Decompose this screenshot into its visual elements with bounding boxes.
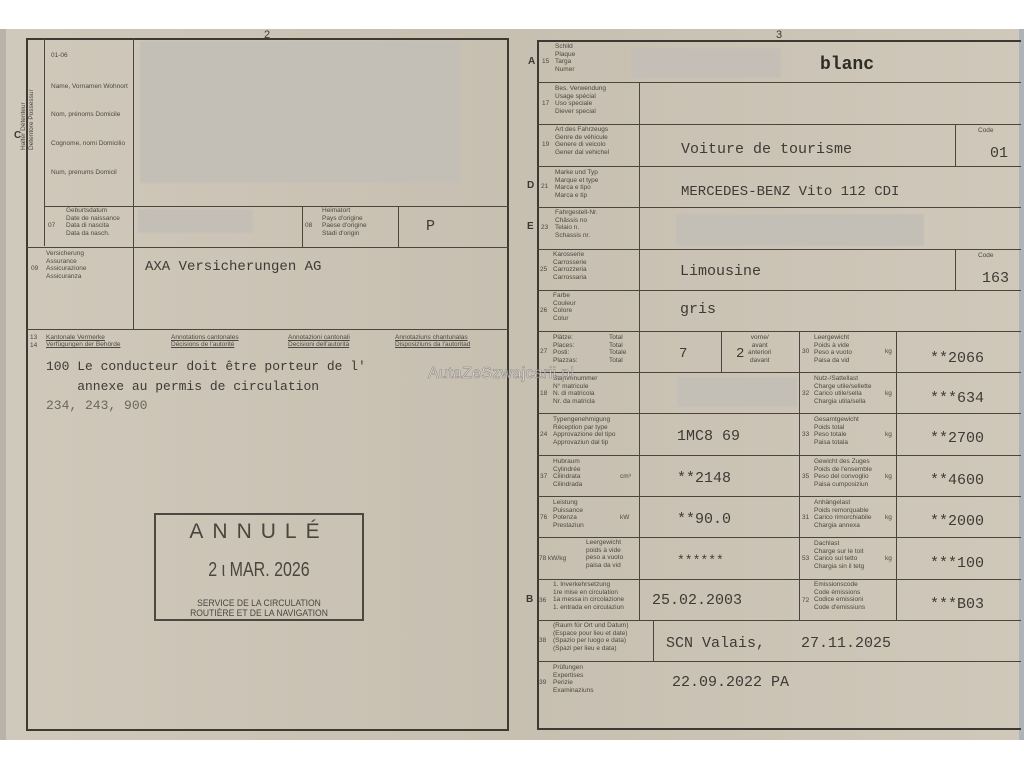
roof-load-label: Dachlast Charge sur le toit Carico sul t… bbox=[814, 540, 864, 570]
field-number: 76 bbox=[540, 514, 547, 521]
code-label: Code bbox=[978, 127, 994, 135]
inspections-value: 22.09.2022 PA bbox=[672, 674, 789, 691]
divider bbox=[537, 620, 1021, 621]
first-registration-value: 25.02.2003 bbox=[652, 592, 742, 609]
divider bbox=[955, 124, 956, 166]
divider bbox=[26, 329, 509, 330]
field-number: 27 bbox=[540, 348, 547, 355]
roof-load-value: ***100 bbox=[930, 555, 984, 572]
annotations-header-rm: Annotaziuns chantunalas Disposiziuns da … bbox=[395, 334, 470, 348]
type-approval-label: Typengenehmigung Réception par type Appr… bbox=[553, 416, 616, 446]
field-number: 23 bbox=[541, 224, 548, 231]
plate-label: Schild Plaque Targa Numer bbox=[555, 43, 575, 73]
divider bbox=[133, 38, 134, 330]
field-number: 25 bbox=[540, 266, 547, 273]
displacement-value: **2148 bbox=[677, 470, 731, 487]
train-weight-value: **4600 bbox=[930, 472, 984, 489]
holder-vertical-label: Detentore Possessur bbox=[28, 89, 36, 150]
towing-weight-label: Anhängelast Poids remorquable Carico rim… bbox=[814, 499, 871, 529]
color-label: Farbe Couleur Colore Colur bbox=[553, 292, 576, 322]
annotations-header-de: Kantonale Vermerke Verfügungen der Behör… bbox=[46, 334, 120, 348]
emission-code-value: ***B03 bbox=[930, 596, 984, 613]
field-number: 08 bbox=[305, 222, 312, 229]
redacted-holder-name bbox=[140, 41, 460, 183]
seats-front-value: 2 bbox=[736, 346, 744, 362]
cancellation-stamp: ANNULÉ 2 ι MAR. 2026 SERVICE DE LA CIRCU… bbox=[154, 513, 364, 621]
empty-weight-label: Leergewicht Poids à vide Peso a vuoto Pa… bbox=[814, 334, 852, 364]
power-value: **90.0 bbox=[677, 511, 731, 528]
insurance-label: Versicherung Assurance Assicurazione Ass… bbox=[46, 250, 86, 280]
field-number: 72 bbox=[802, 597, 809, 604]
code-label: Code bbox=[978, 252, 994, 260]
unit-label: kg bbox=[885, 514, 892, 521]
color-value: gris bbox=[680, 301, 716, 318]
redacted-plate-number bbox=[631, 48, 781, 78]
power-label: Leistung Puissance Potenza Prestaziun bbox=[553, 499, 584, 529]
field-number: 33 bbox=[802, 431, 809, 438]
power-weight-label: Leergewicht poids à vide peso a vuoto pa… bbox=[586, 539, 623, 569]
divider bbox=[537, 579, 1021, 580]
divider bbox=[26, 247, 509, 248]
field-number: 24 bbox=[540, 431, 547, 438]
origin-label: Heimatort Pays d'origine Paese d'origine… bbox=[322, 207, 367, 237]
holder-label: Name, Vornamen Wohnort bbox=[51, 83, 128, 91]
divider bbox=[537, 455, 1021, 456]
divider bbox=[896, 331, 897, 620]
divider bbox=[639, 82, 640, 412]
seats-front-label: vorne/ avant anteriori davant bbox=[748, 334, 771, 364]
unit-label: kg bbox=[885, 555, 892, 562]
scan-edge-left bbox=[0, 29, 6, 740]
unit-label: kW bbox=[620, 514, 629, 521]
payload-value: ***634 bbox=[930, 390, 984, 407]
field-number: 01-06 bbox=[51, 52, 68, 59]
total-weight-label: Gesamtgewicht Poids total Peso totale Pa… bbox=[814, 416, 859, 446]
chassis-label: Fahrgestell-Nr. Châssis no Telaio n. Sch… bbox=[555, 209, 598, 239]
first-registration-label: 1. Inverkehrsetzung 1re mise en circulat… bbox=[553, 581, 624, 611]
power-weight-value: ****** bbox=[677, 553, 724, 568]
field-number: 38 bbox=[539, 637, 546, 644]
divider bbox=[639, 412, 640, 620]
redacted-birthdate bbox=[138, 209, 253, 233]
divider bbox=[799, 331, 800, 620]
type-approval-value: 1MC8 69 bbox=[677, 428, 740, 445]
unit-label: kg bbox=[885, 473, 892, 480]
stamp-authority-line: SERVICE DE LA CIRCULATION bbox=[161, 598, 357, 608]
field-number: 32 bbox=[802, 390, 809, 397]
annotation-line: 100 Le conducteur doit être porteur de l… bbox=[46, 359, 366, 374]
field-number: 35 bbox=[802, 473, 809, 480]
section-letter-a: A bbox=[528, 56, 535, 67]
divider bbox=[537, 166, 1021, 167]
field-number: 39 bbox=[539, 679, 546, 686]
plate-value: blanc bbox=[820, 55, 874, 75]
stamp-date: 2 ι MAR. 2026 bbox=[177, 559, 342, 582]
unit-label: cm³ bbox=[620, 473, 631, 480]
divider bbox=[537, 290, 1021, 291]
seats-label: Plätze: Places: Posti: Plazzas: bbox=[553, 334, 578, 364]
divider bbox=[955, 249, 956, 290]
holder-label: Num, prenums Domicil bbox=[51, 169, 117, 177]
annotation-line: 234, 243, 900 bbox=[46, 398, 147, 413]
field-number: 53 bbox=[802, 555, 809, 562]
make-model-label: Marke und Typ Marque et type Marca e tip… bbox=[555, 169, 598, 199]
divider bbox=[537, 496, 1021, 497]
section-letter-b: B bbox=[526, 594, 533, 605]
seats-total-value: 7 bbox=[679, 346, 687, 362]
empty-weight-value: **2066 bbox=[930, 350, 984, 367]
total-weight-value: **2700 bbox=[930, 430, 984, 447]
field-number: 09 bbox=[31, 265, 38, 272]
body-code: 163 bbox=[982, 270, 1009, 287]
unit-label: kg bbox=[885, 390, 892, 397]
stamp-title: ANNULÉ bbox=[156, 520, 362, 544]
divider bbox=[44, 38, 45, 246]
divider bbox=[537, 372, 1021, 373]
divider bbox=[537, 82, 1021, 83]
body-label: Karosserie Carrosserie Carrozzeria Carro… bbox=[553, 251, 587, 281]
section-letter-e: E bbox=[527, 221, 534, 232]
divider bbox=[398, 206, 399, 248]
holder-vertical-label: Halter Détenteur bbox=[20, 102, 28, 150]
divider bbox=[537, 413, 1021, 414]
seats-total-label: Total Total Totale Total bbox=[609, 334, 626, 364]
towing-weight-value: **2000 bbox=[930, 513, 984, 530]
redacted-matricule bbox=[677, 377, 797, 407]
divider bbox=[537, 124, 1021, 125]
field-number: 30 bbox=[802, 348, 809, 355]
annotation-line: annexe au permis de circulation bbox=[46, 379, 319, 394]
insurance-value: AXA Versicherungen AG bbox=[145, 259, 321, 275]
field-number: 13 14 bbox=[30, 334, 37, 349]
place-date-value: SCN Valais, 27.11.2025 bbox=[666, 635, 891, 652]
vehicle-type-label: Art des Fahrzeugs Genre de véhicule Gene… bbox=[555, 126, 609, 156]
redacted-chassis-number bbox=[676, 214, 924, 246]
section-letter-d: D bbox=[527, 180, 534, 191]
body-value: Limousine bbox=[680, 263, 761, 280]
field-number: 18 bbox=[540, 390, 547, 397]
unit-label: kg bbox=[885, 348, 892, 355]
divider bbox=[537, 207, 1021, 208]
stamp-authority: SERVICE DE LA CIRCULATION ROUTIÈRE ET DE… bbox=[161, 598, 357, 618]
field-number: 36 bbox=[539, 597, 546, 604]
field-number: 19 bbox=[542, 141, 549, 148]
payload-label: Nutz-/Sattellast Charge utile/sellette C… bbox=[814, 375, 871, 405]
make-model-value: MERCEDES-BENZ Vito 112 CDI bbox=[681, 184, 899, 200]
field-number: 78 bbox=[539, 555, 546, 562]
emission-code-label: Emissionscode Code émissions Codice emis… bbox=[814, 581, 865, 611]
stamp-authority-line: ROUTIÈRE ET DE LA NAVIGATION bbox=[161, 608, 357, 618]
watermark-text: AutaZeSzwajcarii.pl bbox=[428, 365, 574, 383]
holder-label: Cognome, nomi Domicilio bbox=[51, 140, 125, 148]
divider bbox=[537, 249, 1021, 250]
displacement-label: Hubraum Cylindrée Cilindrata Cilindrada bbox=[553, 458, 582, 488]
field-number: 26 bbox=[540, 307, 547, 314]
unit-label: kg bbox=[885, 431, 892, 438]
field-number: 21 bbox=[541, 183, 548, 190]
birthdate-label: Geburtsdatum Date de naissance Data di n… bbox=[66, 207, 120, 237]
vehicle-type-code: 01 bbox=[990, 145, 1008, 162]
inspections-label: Prüfungen Expertises Perizie Examinaziun… bbox=[553, 664, 593, 694]
field-number: 37 bbox=[540, 473, 547, 480]
origin-value: P bbox=[426, 218, 435, 235]
divider bbox=[537, 331, 1021, 332]
divider bbox=[302, 206, 303, 248]
field-number: 17 bbox=[542, 100, 549, 107]
place-date-label: (Raum für Ort und Datum) (Espace pour li… bbox=[553, 622, 629, 652]
annotations-header-it: Annotazioni cantonali Decisioni dell'aut… bbox=[288, 334, 350, 348]
field-number: 15 bbox=[542, 58, 549, 65]
divider bbox=[537, 537, 1021, 538]
annotations-header-fr: Annotations cantonales Décisions de l'au… bbox=[171, 334, 239, 348]
divider bbox=[721, 331, 722, 372]
unit-label: kW/kg bbox=[548, 555, 566, 562]
special-use-label: Bes. Verwendung Usage spécial Uso specia… bbox=[555, 85, 606, 115]
field-number: 07 bbox=[48, 222, 55, 229]
holder-label: Nom, prénoms Domicile bbox=[51, 111, 120, 119]
field-number: 31 bbox=[802, 514, 809, 521]
divider bbox=[537, 661, 1021, 662]
divider bbox=[653, 620, 654, 661]
vehicle-type-value: Voiture de tourisme bbox=[681, 141, 852, 158]
train-weight-label: Gewicht des Zuges Poids de l'ensemble Pe… bbox=[814, 458, 872, 488]
